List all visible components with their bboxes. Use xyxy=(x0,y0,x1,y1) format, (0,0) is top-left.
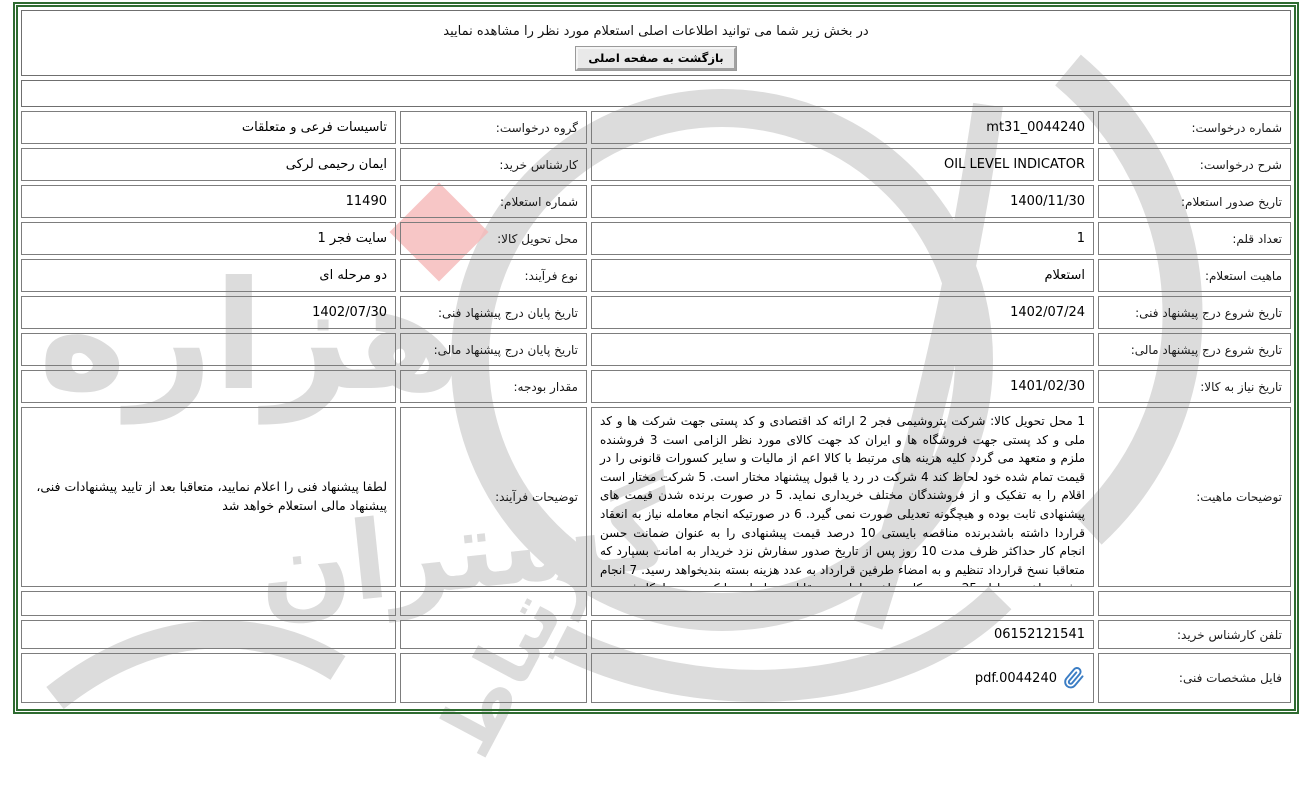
table-cell-value xyxy=(21,653,396,703)
empty-band xyxy=(21,80,1291,107)
table-cell-value: 1402/07/30 xyxy=(21,296,396,329)
table-cell-label: تاریخ شروع درج پیشنهاد مالی: xyxy=(1098,333,1291,366)
table-cell-label xyxy=(400,591,587,616)
table-cell-label: تاریخ پایان درج پیشنهاد مالی: xyxy=(400,333,587,366)
table-cell-value: ایمان رحیمی لرکی xyxy=(21,148,396,181)
main-container: در بخش زیر شما می توانید اطلاعات اصلی اس… xyxy=(13,2,1299,714)
table-cell-label: مقدار بودجه: xyxy=(400,370,587,403)
table-cell-value xyxy=(591,591,1094,616)
table-cell-label: تلفن کارشناس خرید: xyxy=(1098,620,1291,649)
table-cell-value: OIL LEVEL INDICATOR xyxy=(591,148,1094,181)
back-to-home-button[interactable]: بازگشت به صفحه اصلی xyxy=(576,47,735,70)
table-cell-value: 1400/11/30 xyxy=(591,185,1094,218)
table-cell-label: تعداد قلم: xyxy=(1098,222,1291,255)
spec-file-cell: pdf.0044240 xyxy=(591,653,1094,703)
page-instruction: در بخش زیر شما می توانید اطلاعات اصلی اس… xyxy=(22,24,1290,39)
table-cell-value: 11490 xyxy=(21,185,396,218)
table-cell-value xyxy=(21,370,396,403)
spec-file-link[interactable]: pdf.0044240 xyxy=(975,671,1057,686)
table-cell-value: 06152121541 xyxy=(591,620,1094,649)
table-cell-value: 1 xyxy=(591,222,1094,255)
table-cell-label: توضیحات ماهیت: xyxy=(1098,407,1291,587)
table-cell-label: نوع فرآیند: xyxy=(400,259,587,292)
table-cell-label: فایل مشخصات فنی: xyxy=(1098,653,1291,703)
table-cell-value: استعلام xyxy=(591,259,1094,292)
inquiry-table: شماره درخواست:mt31_0044240گروه درخواست:ت… xyxy=(21,111,1291,703)
table-cell-label xyxy=(1098,591,1291,616)
table-cell-value xyxy=(591,333,1094,366)
table-cell-label: کارشناس خرید: xyxy=(400,148,587,181)
table-cell-label: شرح درخواست: xyxy=(1098,148,1291,181)
table-cell-value xyxy=(21,591,396,616)
table-cell-label: تاریخ پایان درج پیشنهاد فنی: xyxy=(400,296,587,329)
header-section: در بخش زیر شما می توانید اطلاعات اصلی اس… xyxy=(21,10,1291,76)
inquiry-details-page: در بخش زیر شما می توانید اطلاعات اصلی اس… xyxy=(0,0,1312,793)
table-cell-label: تاریخ شروع درج پیشنهاد فنی: xyxy=(1098,296,1291,329)
table-cell-label: تاریخ نیاز به کالا: xyxy=(1098,370,1291,403)
table-cell-label: محل تحویل کالا: xyxy=(400,222,587,255)
table-cell-value: 1402/07/24 xyxy=(591,296,1094,329)
table-cell-label: گروه درخواست: xyxy=(400,111,587,144)
table-cell-label: شماره درخواست: xyxy=(1098,111,1291,144)
table-cell-value: تاسیسات فرعی و متعلقات xyxy=(21,111,396,144)
table-cell-label: توضیحات فرآیند: xyxy=(400,407,587,587)
table-cell-label xyxy=(400,620,587,649)
table-cell-value: 1 محل تحویل کالا: شرکت پتروشیمی فجر 2 ار… xyxy=(591,407,1094,587)
table-cell-label: شماره استعلام: xyxy=(400,185,587,218)
table-cell-label: تاریخ صدور استعلام: xyxy=(1098,185,1291,218)
table-cell-value: لطفا پیشنهاد فنی را اعلام نمایید، متعاقب… xyxy=(21,407,396,587)
table-cell-value xyxy=(21,333,396,366)
table-cell-value: سایت فجر 1 xyxy=(21,222,396,255)
paperclip-icon[interactable] xyxy=(1062,666,1086,690)
table-cell-value: 1401/02/30 xyxy=(591,370,1094,403)
table-cell-label xyxy=(400,653,587,703)
table-cell-value: دو مرحله ای xyxy=(21,259,396,292)
table-cell-value xyxy=(21,620,396,649)
table-cell-label: ماهیت استعلام: xyxy=(1098,259,1291,292)
table-cell-value: mt31_0044240 xyxy=(591,111,1094,144)
